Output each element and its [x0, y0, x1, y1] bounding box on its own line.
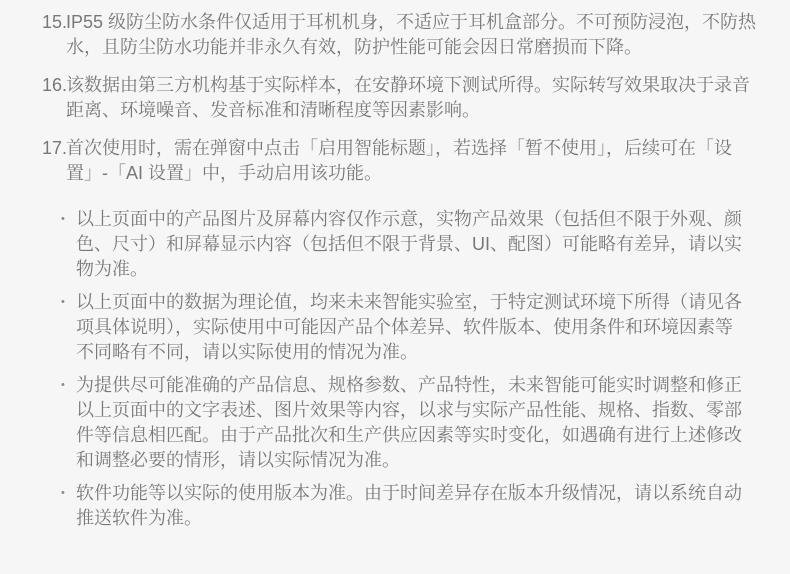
bullet-note-lab-data: • 以上页面中的数据为理论值，均来未来智能实验室，于特定测试环境下所得（请见各项… — [61, 290, 766, 365]
bullet-text: 以上页面中的数据为理论值，均来未来智能实验室，于特定测试环境下所得（请见各项具体… — [76, 290, 748, 365]
bullet-text: 以上页面中的产品图片及屏幕内容仅作示意，实物产品效果（包括但不限于外观、颜色、尺… — [76, 207, 748, 282]
disclaimer-notes-section: 15. IP55 级防尘防水条件仅适用于耳机机身，不适应于耳机盒部分。不可预防浸… — [0, 0, 790, 531]
numbered-note-16: 16. 该数据由第三方机构基于实际样本，在安静环境下测试所得。实际转写效果取决于… — [42, 73, 766, 123]
bullet-notes-list: • 以上页面中的产品图片及屏幕内容仅作示意，实物产品效果（包括但不限于外观、颜色… — [42, 207, 766, 531]
bullet-dot-icon: • — [61, 373, 76, 473]
bullet-note-spec-adjustments: • 为提供尽可能准确的产品信息、规格参数、产品特性，未来智能可能实时调整和修正以… — [61, 373, 766, 473]
note-text: 该数据由第三方机构基于实际样本，在安静环境下测试所得。实际转写效果取决于录音距离… — [66, 73, 764, 123]
note-number: 17. — [42, 136, 66, 186]
bullet-dot-icon: • — [61, 481, 76, 531]
numbered-note-17: 17. 首次使用时，需在弹窗中点击「启用智能标题」，若选择「暂不使用」，后续可在… — [42, 136, 766, 186]
note-number: 16. — [42, 73, 66, 123]
note-number: 15. — [42, 10, 66, 60]
bullet-dot-icon: • — [61, 207, 76, 282]
bullet-text: 为提供尽可能准确的产品信息、规格参数、产品特性，未来智能可能实时调整和修正以上页… — [76, 373, 748, 473]
note-text: 首次使用时，需在弹窗中点击「启用智能标题」，若选择「暂不使用」，后续可在「设置」… — [66, 136, 764, 186]
bullet-text: 软件功能等以实际的使用版本为准。由于时间差异存在版本升级情况，请以系统自动推送软… — [76, 481, 748, 531]
note-text: IP55 级防尘防水条件仅适用于耳机机身，不适应于耳机盒部分。不可预防浸泡，不防… — [66, 10, 764, 60]
bullet-note-product-images: • 以上页面中的产品图片及屏幕内容仅作示意，实物产品效果（包括但不限于外观、颜色… — [61, 207, 766, 282]
bullet-note-software-version: • 软件功能等以实际的使用版本为准。由于时间差异存在版本升级情况，请以系统自动推… — [61, 481, 766, 531]
bullet-dot-icon: • — [61, 290, 76, 365]
numbered-note-15: 15. IP55 级防尘防水条件仅适用于耳机机身，不适应于耳机盒部分。不可预防浸… — [42, 10, 766, 60]
